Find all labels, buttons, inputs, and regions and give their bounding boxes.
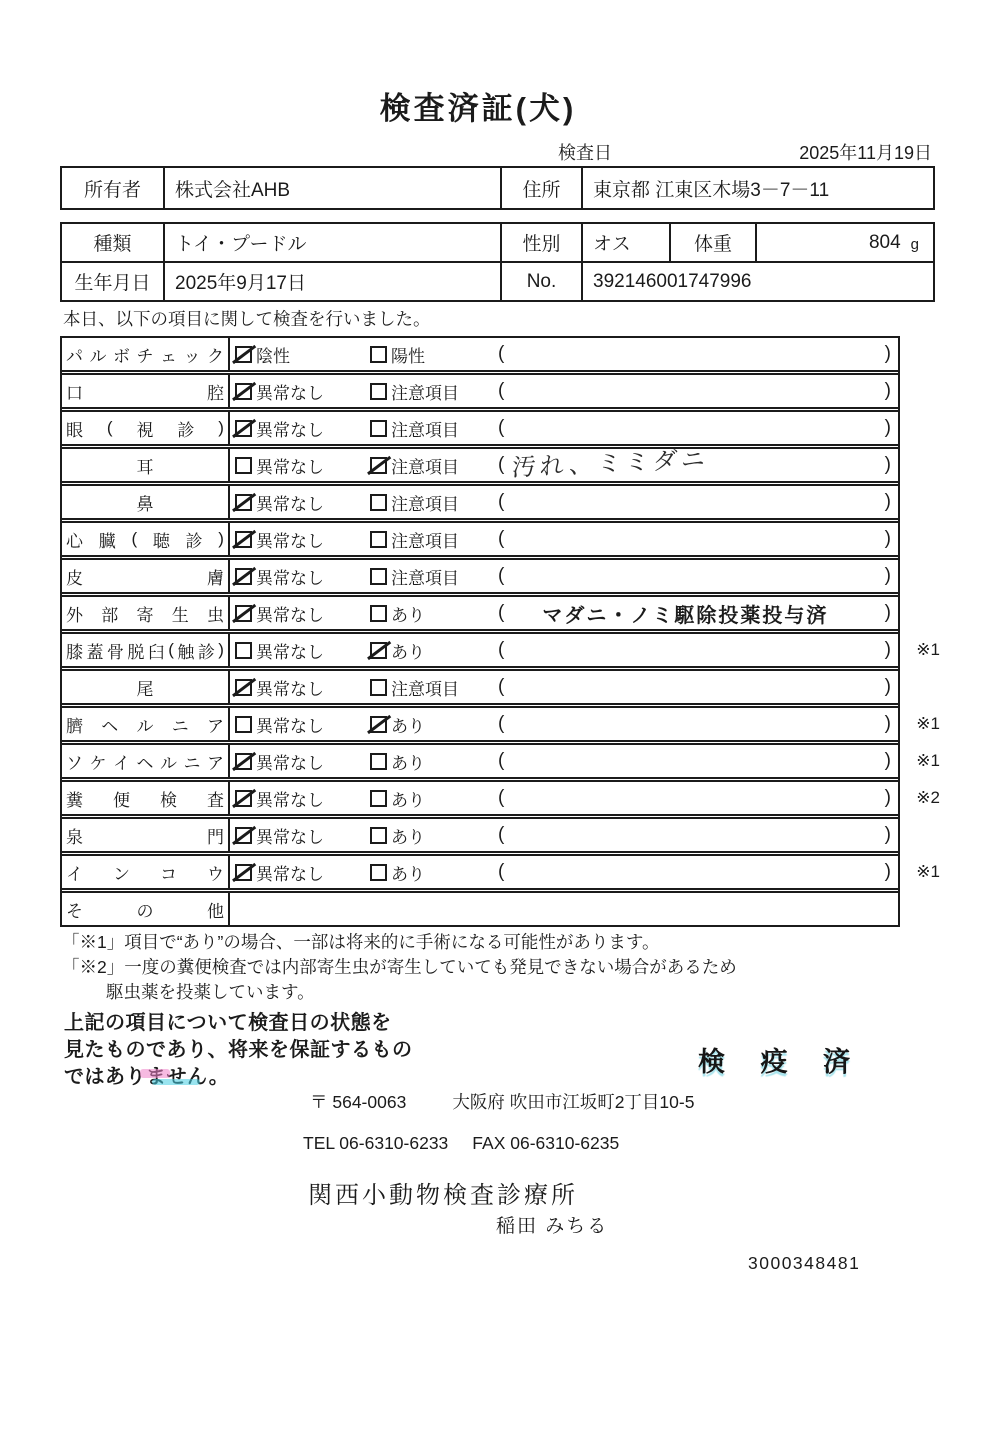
option-group: 異常なし — [235, 823, 370, 848]
inspection-row: 心臓(聴診)異常なし注意項目() — [62, 518, 898, 555]
disclaimer-line: ではありません。 — [64, 1064, 413, 1091]
inspection-item-label: 口腔 — [62, 375, 230, 407]
result-parens: () — [498, 750, 898, 772]
option-group: あり — [370, 638, 498, 663]
inspection-row: 膝蓋骨脱臼(触診)異常なしあり()※1 — [62, 629, 898, 666]
checkbox-checked — [235, 790, 252, 807]
checkbox-checked — [235, 531, 252, 548]
option-group: 異常なし — [235, 416, 370, 441]
animal-info-table: 種類 トイ・プードル 性別 オス 体重 804 g 生年月日 2025年9月17… — [60, 222, 935, 302]
option-label: 異常なし — [256, 564, 324, 589]
open-paren: ( — [498, 565, 504, 587]
option-label: 注意項目 — [391, 379, 459, 404]
close-paren: ) — [885, 787, 891, 809]
checkbox — [370, 420, 387, 437]
open-paren: ( — [498, 491, 504, 513]
open-paren: ( — [498, 824, 504, 846]
address-value: 東京都 江東区木場3－7－11 — [583, 168, 933, 208]
result-text: マダニ・ノミ駆除投薬投与済 — [504, 599, 884, 628]
inspection-row: インコウ異常なしあり()※1 — [62, 851, 898, 888]
option-group: 異常なし — [235, 712, 370, 737]
checkbox-checked — [235, 679, 252, 696]
inspection-row-content: 異常なし注意項目(汚れ、ミミダニ) — [230, 448, 898, 483]
birthdate-value: 2025年9月17日 — [165, 263, 502, 300]
clinic-tel: TEL 06-6310-6233 — [303, 1133, 448, 1154]
close-paren: ) — [885, 343, 891, 365]
inspection-item-label: その他 — [62, 893, 230, 925]
footnote-line: 駆虫薬を投薬しています。 — [62, 980, 737, 1005]
checkbox-checked — [235, 346, 252, 363]
result-parens: () — [498, 380, 898, 402]
owner-table: 所有者 株式会社AHB 住所 東京都 江東区木場3－7－11 — [60, 166, 935, 210]
option-label: 注意項目 — [391, 416, 459, 441]
inspection-item-label: 臍ヘルニア — [62, 708, 230, 740]
inspection-item-label: インコウ — [62, 856, 230, 888]
inspection-row-content: 異常なし注意項目() — [230, 527, 898, 552]
inspection-row: ソケイヘルニア異常なしあり()※1 — [62, 740, 898, 777]
clinic-name: 関西小動物検査診療所 — [308, 1175, 578, 1210]
inspection-row-content: 異常なし注意項目() — [230, 675, 898, 700]
option-group: 注意項目 — [370, 527, 498, 552]
option-group: 異常なし — [235, 638, 370, 663]
inspection-row-content: 異常なしあり() — [230, 786, 898, 811]
inspection-row-content: 異常なしあり() — [230, 823, 898, 848]
option-group: 注意項目 — [370, 416, 498, 441]
checkbox-checked — [235, 383, 252, 400]
inspection-item-label: 外部寄生虫 — [62, 597, 230, 629]
close-paren: ) — [885, 824, 891, 846]
option-label: 異常なし — [256, 749, 324, 774]
checkbox — [370, 753, 387, 770]
result-parens: () — [498, 861, 898, 883]
option-group: 異常なし — [235, 453, 370, 478]
inspection-row-content: 異常なし注意項目() — [230, 490, 898, 515]
clinic-phone-line: TEL 06-6310-6233 FAX 06-6310-6235 — [303, 1133, 619, 1154]
option-group: 異常なし — [235, 860, 370, 885]
close-paren: ) — [885, 528, 891, 550]
checkbox — [235, 457, 252, 474]
result-parens: () — [498, 528, 898, 550]
inspection-date-row: 検査日 2025年11月19日 — [558, 139, 932, 165]
option-group: 異常なし — [235, 490, 370, 515]
close-paren: ) — [885, 639, 891, 661]
footnote-line: 「※1」項目で“あり”の場合、一部は将来的に手術になる可能性があります。 — [62, 930, 737, 955]
inspection-date-value: 2025年11月19日 — [799, 139, 932, 165]
option-group: 異常なし — [235, 601, 370, 626]
checkbox — [370, 827, 387, 844]
disclaimer-line: 上記の項目について検査日の状態を — [64, 1010, 413, 1037]
option-label: あり — [391, 786, 425, 811]
footnote-marker: ※2 — [916, 788, 940, 808]
option-group: 異常なし — [235, 675, 370, 700]
checkbox-checked — [235, 568, 252, 585]
inspection-row: その他 — [62, 888, 898, 925]
inspection-item-label: 尾 — [62, 671, 230, 703]
option-label: あり — [391, 601, 425, 626]
clinic-postal-code: 〒 564-0063 — [310, 1089, 406, 1114]
option-group: 注意項目 — [370, 379, 498, 404]
birthdate-label: 生年月日 — [62, 263, 165, 300]
checkbox-checked — [235, 605, 252, 622]
sex-value: オス — [583, 224, 671, 261]
sex-label: 性別 — [502, 224, 583, 261]
owner-label: 所有者 — [62, 168, 165, 208]
option-group: 異常なし — [235, 786, 370, 811]
option-label: 異常なし — [256, 453, 324, 478]
option-group: 陽性 — [370, 342, 498, 367]
inspection-item-label: パルボチェック — [62, 338, 230, 370]
inspection-item-label: 眼(視診) — [62, 412, 230, 444]
result-parens: () — [498, 343, 898, 365]
option-group: 注意項目 — [370, 564, 498, 589]
option-label: あり — [391, 749, 425, 774]
open-paren: ( — [498, 528, 504, 550]
weight-value: 804 — [869, 232, 901, 254]
option-label: あり — [391, 860, 425, 885]
inspection-row-content: 異常なしあり(マダニ・ノミ駆除投薬投与済) — [230, 599, 898, 628]
result-parens: () — [498, 787, 898, 809]
close-paren: ) — [885, 861, 891, 883]
result-parens: () — [498, 639, 898, 661]
inspection-row: 口腔異常なし注意項目() — [62, 370, 898, 407]
close-paren: ) — [885, 565, 891, 587]
option-label: 注意項目 — [391, 527, 459, 552]
checkbox — [370, 790, 387, 807]
option-group: 注意項目 — [370, 453, 498, 478]
inspection-item-label: 皮膚 — [62, 560, 230, 592]
weight-unit: g — [911, 236, 919, 253]
veterinarian-name: 稲田 みちる — [496, 1211, 608, 1238]
checkbox — [235, 716, 252, 733]
checkbox — [370, 679, 387, 696]
option-group: 異常なし — [235, 749, 370, 774]
option-group: 注意項目 — [370, 675, 498, 700]
inspection-row-content: 異常なしあり() — [230, 712, 898, 737]
disclaimer-statement: 上記の項目について検査日の状態を 見たものであり、将来を保証するもの ではありま… — [64, 1010, 413, 1091]
inspection-item-label: 鼻 — [62, 486, 230, 518]
inspection-row: 泉門異常なしあり() — [62, 814, 898, 851]
checkbox-checked — [370, 716, 387, 733]
checkbox — [370, 568, 387, 585]
close-paren: ) — [885, 713, 891, 735]
inspection-item-label: 耳 — [62, 449, 230, 481]
option-label: 異常なし — [256, 823, 324, 848]
checkbox-checked — [370, 457, 387, 474]
option-label: 異常なし — [256, 527, 324, 552]
owner-value: 株式会社AHB — [165, 168, 502, 208]
checkbox — [235, 642, 252, 659]
inspection-row: 耳異常なし注意項目(汚れ、ミミダニ) — [62, 444, 898, 481]
inspection-row-content: 異常なし注意項目() — [230, 564, 898, 589]
clinic-fax: FAX 06-6310-6235 — [472, 1133, 619, 1154]
option-label: 注意項目 — [391, 564, 459, 589]
quarantine-stamp: 検 疫 済 — [698, 1040, 864, 1079]
option-label: 異常なし — [256, 712, 324, 737]
close-paren: ) — [885, 417, 891, 439]
checkbox-checked — [235, 494, 252, 511]
option-label: 異常なし — [256, 416, 324, 441]
footnote-marker: ※1 — [916, 714, 940, 734]
option-group: 異常なし — [235, 379, 370, 404]
close-paren: ) — [885, 454, 891, 476]
checkbox-checked — [235, 864, 252, 881]
option-label: 陰性 — [256, 342, 290, 367]
option-label: 注意項目 — [391, 490, 459, 515]
clinic-address-line: 〒 564-0063 大阪府 吹田市江坂町2丁目10-5 — [310, 1089, 694, 1114]
option-group: 異常なし — [235, 527, 370, 552]
result-parens: () — [498, 491, 898, 513]
option-label: 異常なし — [256, 379, 324, 404]
close-paren: ) — [885, 602, 891, 624]
option-label: 異常なし — [256, 675, 324, 700]
checkbox-checked — [235, 420, 252, 437]
open-paren: ( — [498, 676, 504, 698]
inspection-row: 臍ヘルニア異常なしあり()※1 — [62, 703, 898, 740]
open-paren: ( — [498, 787, 504, 809]
inspection-row-content: 異常なしあり() — [230, 638, 898, 663]
option-label: あり — [391, 638, 425, 663]
document-number: 3000348481 — [748, 1253, 860, 1274]
inspection-row: 外部寄生虫異常なしあり(マダニ・ノミ駆除投薬投与済) — [62, 592, 898, 629]
intro-text: 本日、以下の項目に関して検査を行いました。 — [63, 306, 431, 331]
option-label: 異常なし — [256, 601, 324, 626]
option-group: あり — [370, 712, 498, 737]
page-title: 検査済証(犬) — [0, 83, 982, 128]
breed-row: 種類 トイ・プードル 性別 オス 体重 804 g — [62, 224, 933, 261]
option-label: あり — [391, 712, 425, 737]
footnotes: 「※1」項目で“あり”の場合、一部は将来的に手術になる可能性があります。「※2」… — [62, 930, 737, 1005]
option-group: 異常なし — [235, 564, 370, 589]
footnote-marker: ※1 — [916, 751, 940, 771]
option-group: あり — [370, 601, 498, 626]
disclaimer-line: 見たものであり、将来を保証するもの — [64, 1037, 413, 1064]
close-paren: ) — [885, 750, 891, 772]
open-paren: ( — [498, 713, 504, 735]
scanned-certificate-page: 検査済証(犬) 検査日 2025年11月19日 所有者 株式会社AHB 住所 東… — [0, 0, 1008, 1433]
result-parens: (マダニ・ノミ駆除投薬投与済) — [498, 599, 898, 628]
breed-value: トイ・プードル — [165, 224, 502, 261]
option-group: あり — [370, 749, 498, 774]
checkbox-checked — [370, 642, 387, 659]
footnote-marker: ※1 — [916, 862, 940, 882]
inspection-item-label: 膝蓋骨脱臼(触診) — [62, 634, 230, 666]
option-group: 陰性 — [235, 342, 370, 367]
option-label: 異常なし — [256, 638, 324, 663]
clinic-address: 大阪府 吹田市江坂町2丁目10-5 — [452, 1089, 694, 1114]
no-value: 392146001747996 — [583, 263, 933, 300]
inspection-row-content: 陰性陽性() — [230, 342, 898, 367]
inspection-row-content: 異常なし注意項目() — [230, 379, 898, 404]
open-paren: ( — [498, 639, 504, 661]
result-parens: () — [498, 676, 898, 698]
inspection-date-label: 検査日 — [558, 139, 612, 165]
result-parens: () — [498, 713, 898, 735]
option-label: 異常なし — [256, 786, 324, 811]
scan-artifact-cyan — [152, 1079, 200, 1085]
open-paren: ( — [498, 343, 504, 365]
footnote-marker: ※1 — [916, 640, 940, 660]
inspection-row: 尾異常なし注意項目() — [62, 666, 898, 703]
result-parens: () — [498, 565, 898, 587]
open-paren: ( — [498, 417, 504, 439]
inspection-item-label: 心臓(聴診) — [62, 523, 230, 555]
checkbox — [370, 383, 387, 400]
open-paren: ( — [498, 750, 504, 772]
open-paren: ( — [498, 380, 504, 402]
footnote-line: 「※2」一度の糞便検査では内部寄生虫が寄生していても発見できない場合があるため — [62, 955, 737, 980]
option-label: 異常なし — [256, 490, 324, 515]
option-label: 注意項目 — [391, 453, 459, 478]
close-paren: ) — [885, 491, 891, 513]
owner-row: 所有者 株式会社AHB 住所 東京都 江東区木場3－7－11 — [62, 168, 933, 208]
option-label: 異常なし — [256, 860, 324, 885]
open-paren: ( — [498, 861, 504, 883]
checkbox — [370, 531, 387, 548]
birth-row: 生年月日 2025年9月17日 No. 392146001747996 — [62, 261, 933, 300]
checkbox-checked — [235, 827, 252, 844]
checkbox — [370, 346, 387, 363]
inspection-row: 糞便検査異常なしあり()※2 — [62, 777, 898, 814]
option-group: あり — [370, 786, 498, 811]
checkbox-checked — [235, 753, 252, 770]
checkbox — [370, 494, 387, 511]
inspection-table: パルボチェック陰性陽性()口腔異常なし注意項目()眼(視診)異常なし注意項目()… — [60, 336, 900, 927]
checkbox — [370, 864, 387, 881]
result-parens: (汚れ、ミミダニ) — [498, 448, 898, 483]
result-parens: () — [498, 824, 898, 846]
inspection-item-label: ソケイヘルニア — [62, 745, 230, 777]
option-label: 注意項目 — [391, 675, 459, 700]
inspection-item-label: 泉門 — [62, 819, 230, 851]
option-label: あり — [391, 823, 425, 848]
weight-label: 体重 — [671, 224, 757, 261]
inspection-item-label: 糞便検査 — [62, 782, 230, 814]
option-label: 陽性 — [391, 342, 425, 367]
option-group: あり — [370, 860, 498, 885]
close-paren: ) — [885, 676, 891, 698]
inspection-row: 鼻異常なし注意項目() — [62, 481, 898, 518]
weight-cell: 804 g — [757, 224, 933, 261]
inspection-row: 皮膚異常なし注意項目() — [62, 555, 898, 592]
checkbox — [370, 605, 387, 622]
inspection-row: パルボチェック陰性陽性() — [62, 338, 898, 370]
inspection-row-content: 異常なしあり() — [230, 860, 898, 885]
no-label: No. — [502, 263, 583, 300]
scan-artifact-pink — [140, 1069, 170, 1078]
option-group: あり — [370, 823, 498, 848]
option-group: 注意項目 — [370, 490, 498, 515]
address-label: 住所 — [502, 168, 583, 208]
inspection-row-content: 異常なしあり() — [230, 749, 898, 774]
breed-label: 種類 — [62, 224, 165, 261]
close-paren: ) — [885, 380, 891, 402]
